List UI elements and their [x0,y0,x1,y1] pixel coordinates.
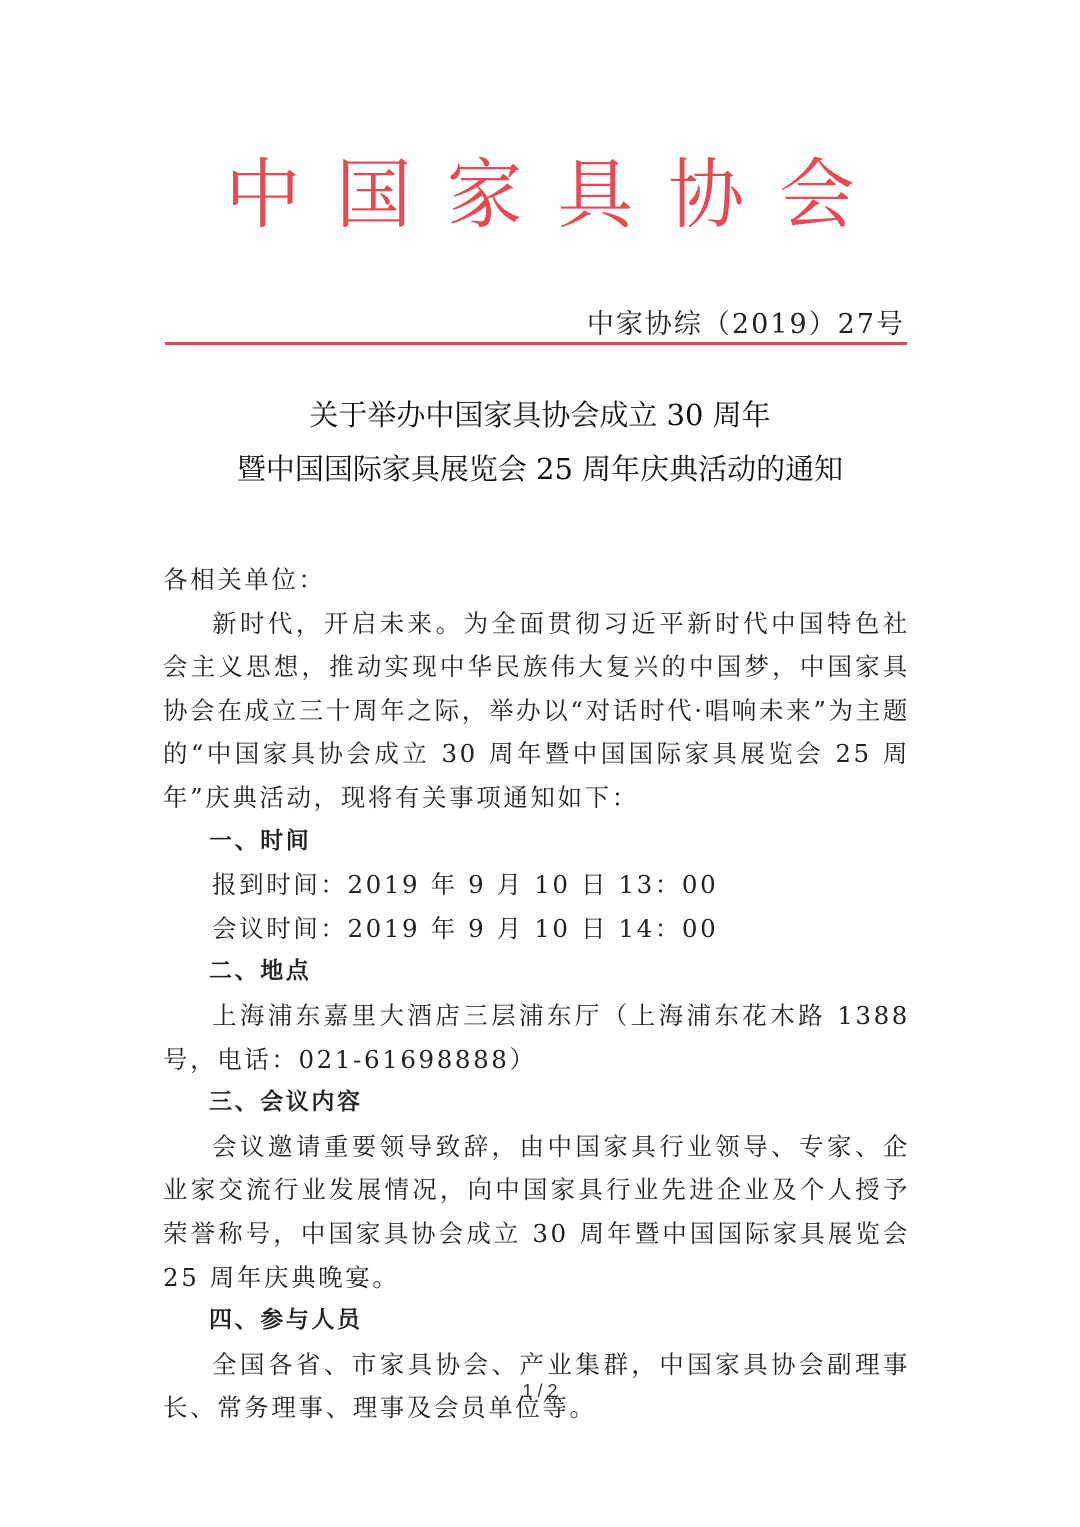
section-heading-time: 一、时间 [163,820,910,864]
location-paragraph: 上海浦东嘉里大酒店三层浦东厅（上海浦东花木路 1388 号，电话：021-616… [163,994,910,1081]
meeting-time: 会议时间：2019 年 9 月 10 日 14：00 [163,907,910,951]
intro-paragraph: 新时代，开启未来。为全面贯彻习近平新时代中国特色社会主义思想，推动实现中华民族伟… [163,602,910,820]
section-heading-content: 三、会议内容 [163,1081,910,1125]
page-indicator: 1 / 2 [0,1381,1080,1402]
document-number: 中家协综（2019）27号 [587,302,905,341]
title-line-1: 关于举办中国家具协会成立 30 周年 [0,388,1080,442]
org-char: 国 [336,150,412,240]
header-divider [165,342,907,345]
org-char: 家 [447,150,523,240]
org-char: 中 [225,150,301,240]
organization-header: 中 国 家 具 协 会 [225,150,855,240]
org-char: 具 [557,150,633,240]
document-body: 各相关单位： 新时代，开启未来。为全面贯彻习近平新时代中国特色社会主义思想，推动… [163,558,910,1430]
title-line-2: 暨中国国际家具展览会 25 周年庆典活动的通知 [0,442,1080,496]
content-paragraph: 会议邀请重要领导致辞，由中国家具行业领导、专家、企业家交流行业发展情况，向中国家… [163,1125,910,1299]
section-heading-location: 二、地点 [163,950,910,994]
salutation: 各相关单位： [163,558,910,602]
registration-time: 报到时间：2019 年 9 月 10 日 13：00 [163,863,910,907]
section-heading-participants: 四、参与人员 [163,1299,910,1343]
document-title: 关于举办中国家具协会成立 30 周年 暨中国国际家具展览会 25 周年庆典活动的… [0,388,1080,496]
org-char: 协 [668,150,744,240]
org-char: 会 [779,150,855,240]
